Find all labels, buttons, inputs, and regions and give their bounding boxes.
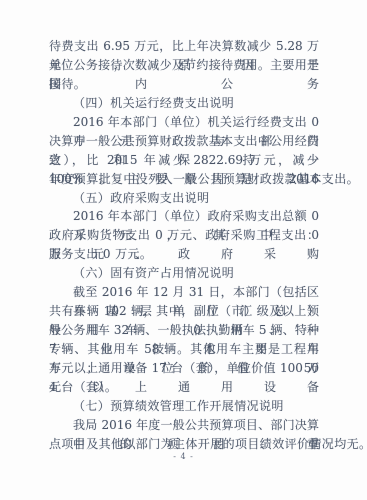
page-number: - 4 - [0, 452, 367, 461]
text-line: 我局 2016 年度一般公共预算项目、部门决算中的项目、重 [49, 416, 319, 435]
text-line: 决算中一般公共预算财政拨款基本支出中公用经费之和保持一 [49, 132, 319, 151]
text-line: 点项目及其他以部门为主体开展的项目绩效评价情况均无。 [49, 435, 319, 454]
document-page: 待费支出 6.95 万元，比上年决算数减少 5.28 万元，原因是单位公务接待次… [0, 0, 367, 500]
text-line: （六）固有资产占用情况说明 [49, 264, 319, 283]
text-line: （五）政府采购支出说明 [49, 189, 319, 208]
text-line: （四）机关运行经费支出说明 [49, 94, 319, 113]
text-line: 截至 2016 年 12 月 31 日，本部门（包括区县基层单位汇总） [49, 283, 319, 302]
text-line: 单位公务接待次数减少及节约接待费用。主要用于国内公务 [49, 56, 319, 75]
text-line: 年度预算批复中没列入一般公共预算财政拨款基本支出。 [49, 170, 319, 189]
text-line: 万元以上通用设备 17 台（套），单位价值 100 万元以上通用设备 [49, 359, 319, 378]
text-line: 般公务用车 32 辆、一般执法执勤用车 5 辆、特种专业技术用车 [49, 321, 319, 340]
text-line: 待费支出 6.95 万元，比上年决算数减少 5.28 万元，原因是 [49, 37, 319, 56]
document-body: 待费支出 6.95 万元，比上年决算数减少 5.28 万元，原因是单位公务接待次… [49, 37, 319, 454]
text-line: 7 辆、其他用车 58 辆。其他用车主要是工程用车；单位价值 50 [49, 340, 319, 359]
text-line: （七）预算绩效管理工作开展情况说明 [49, 397, 319, 416]
text-line: 2016 年本部门（单位）机关运行经费支出 0 万元（与部门 [49, 113, 319, 132]
text-line: 2016 年本部门（单位）政府采购支出总额 0 万元，其中： [49, 207, 319, 226]
text-line: 政府采购货物支出 0 万元、政府采购工程支出 0 万元、政府采购 [49, 226, 319, 245]
text-line: 共有车辆 102 辆，其中，副厅（市）级及以上领导用车 0 辆、一 [49, 302, 319, 321]
text-line: 致），比 2015 年减少 2822.69 万元，减少 100%。主要原因是 2… [49, 151, 319, 170]
